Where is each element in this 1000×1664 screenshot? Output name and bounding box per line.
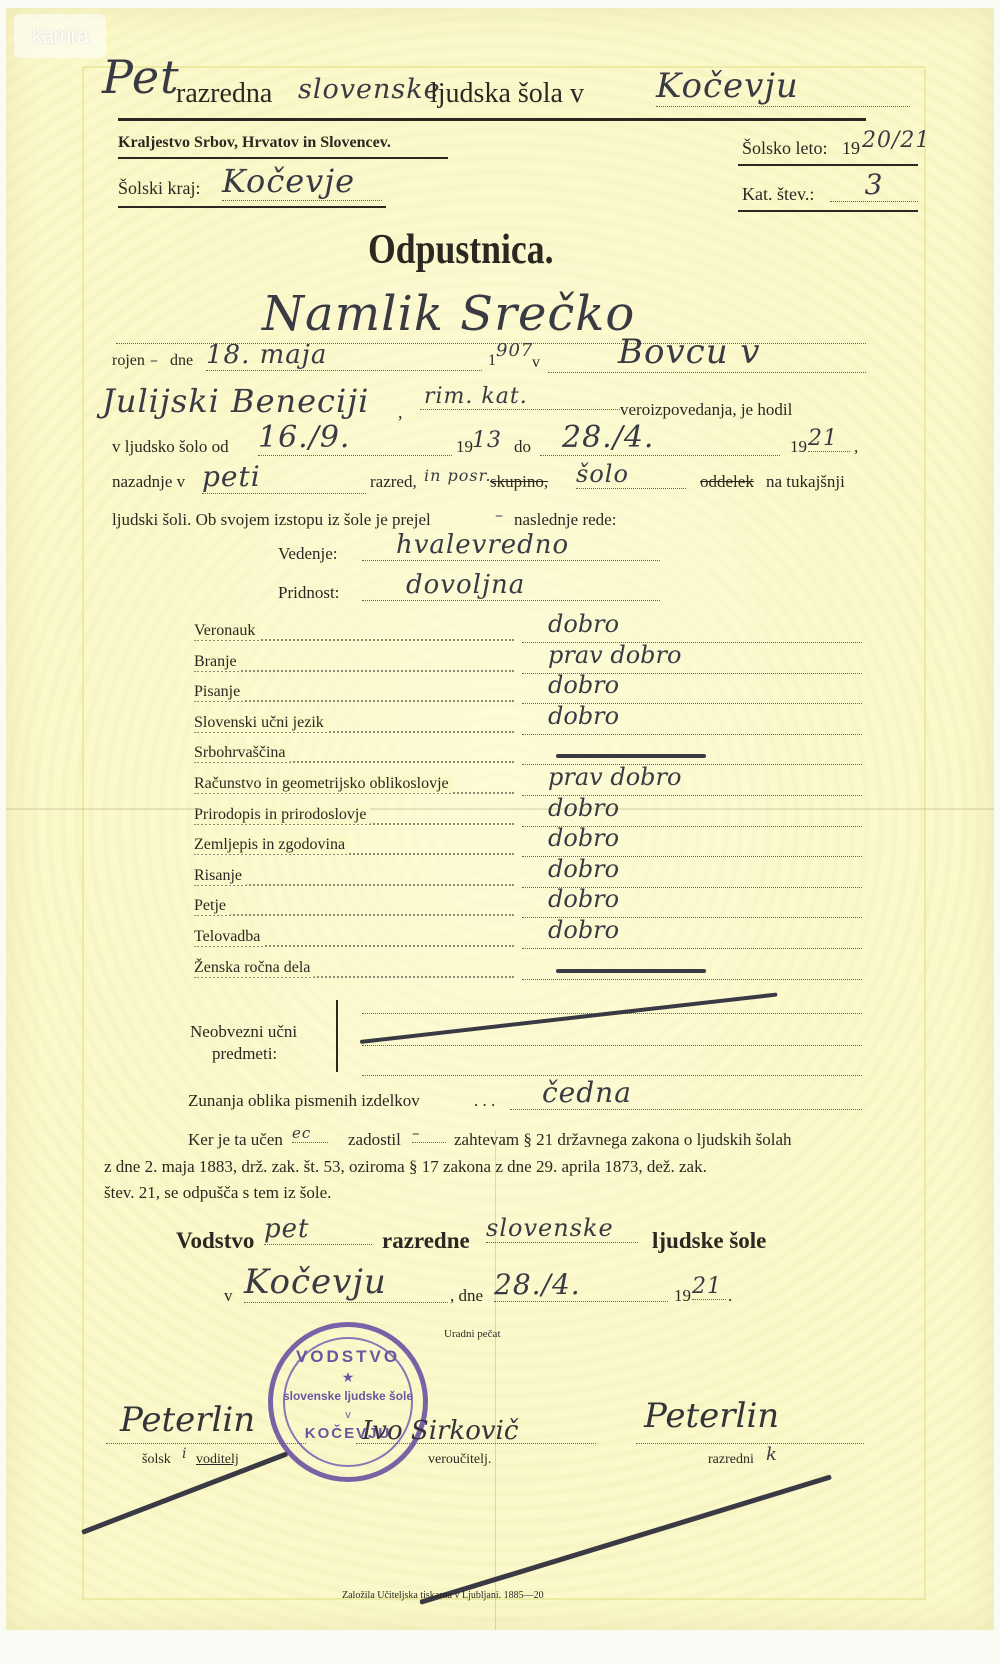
subject-label: Veronauk: [194, 622, 259, 640]
subject-grade-handwritten: dobro: [548, 885, 619, 913]
birth-v-label: v: [532, 354, 540, 372]
printer-imprint: Založila Učiteljska tiskarna v Ljubljani…: [342, 1590, 544, 1601]
school-from-year-handwritten: 13: [472, 428, 502, 453]
subject-grade-handwritten: [556, 969, 706, 973]
footer-language-hand: slovenske: [486, 1214, 638, 1243]
catalog-label: Kat. štev.:: [742, 184, 814, 205]
legal-text-a: Ker je ta učen: [188, 1130, 283, 1150]
dot-leader: [194, 913, 514, 916]
star-icon: ★: [273, 1369, 423, 1386]
subject-label: Pisanje: [194, 683, 244, 701]
diligence-value-handwritten: dovoljna: [362, 570, 660, 601]
legal-hand-1: ec: [292, 1124, 328, 1143]
footer-date-hand: 28./4.: [494, 1268, 668, 1302]
subject-grade-handwritten: prav dobro: [548, 763, 681, 791]
school-type-printed: razredna: [176, 78, 272, 110]
oddelek-label-struck: oddelek: [700, 472, 754, 492]
legal-hand-2: –: [412, 1124, 446, 1143]
grades-intro-label: ljudski šoli. Ob svojem izstopu iz šole …: [112, 510, 431, 530]
do-label: do: [514, 437, 531, 457]
ljudske-label: ljudske šole: [652, 1228, 766, 1254]
born-label: rojen: [112, 352, 145, 370]
official-stamp: VODSTVO ★ slovenske ljudske šole v KOČEV…: [268, 1322, 428, 1482]
subject-grade-handwritten: [556, 754, 706, 758]
school-year-underline: [738, 164, 918, 166]
signature-line: [636, 1442, 864, 1444]
signature-class-teacher: Peterlin: [644, 1396, 779, 1436]
school-type-handwritten: Pet: [102, 50, 180, 104]
last-class-label: nazadnje v: [112, 472, 185, 492]
dne-label: dne: [170, 352, 193, 370]
subject-grade-handwritten: prav dobro: [548, 641, 681, 669]
school-from-label: v ljudsko šolo od: [112, 437, 229, 457]
appearance-label: Zunanja oblika pismenih izdelkov: [188, 1091, 420, 1111]
born-suffix-handwritten: –: [150, 350, 159, 369]
group-handwritten: in posr.: [424, 466, 492, 485]
subject-label: Slovenski učni jezik: [194, 714, 328, 732]
leadership-label: Vodstvo: [176, 1228, 254, 1254]
school-year-handwritten: 20/21: [862, 128, 930, 153]
subject-label: Računstvo in geometrijsko oblikoslovje: [194, 775, 453, 793]
local-label: na tukajšnji: [766, 472, 845, 492]
appearance-value-handwritten: čedna: [510, 1076, 862, 1110]
district-label: Šolski kraj:: [118, 178, 201, 199]
header-rule: [118, 118, 866, 121]
birth-date-handwritten: 18. maja: [206, 340, 482, 371]
subject-label: Branje: [194, 653, 241, 671]
headmaster-role-label: šolsk: [142, 1452, 171, 1468]
optional-bracket: [336, 1000, 338, 1072]
birth-place-handwritten: Bovcu v: [548, 332, 866, 373]
legal-text-line-3: štev. 21, se odpušča s tem iz šole.: [104, 1183, 331, 1203]
legal-text-b: zadostil: [348, 1130, 401, 1150]
school-from-year-prefix: 19: [456, 437, 473, 457]
subject-grade-handwritten: dobro: [548, 855, 619, 883]
grade-line: [522, 734, 862, 735]
kamra-watermark-logo: kamra: [14, 14, 106, 58]
signature-line: [106, 1442, 306, 1444]
grades-intro-end: naslednje rede:: [514, 510, 616, 530]
subject-label: Ženska ročna dela: [194, 959, 314, 977]
subject-label: Srbohrvaščina: [194, 744, 290, 762]
school-place-handwritten: Kočevju: [656, 66, 910, 107]
leadership-hand: pet: [264, 1214, 372, 1245]
optional-subjects-label-2: predmeti:: [212, 1044, 277, 1064]
subject-label: Zemljepis in zgodovina: [194, 836, 349, 854]
birth-year-prefix: 1: [488, 352, 496, 370]
district-underline: [118, 206, 386, 208]
school-from-handwritten: 16./9.: [258, 420, 452, 456]
legal-text-line-2: z dne 2. maja 1883, drž. zak. št. 53, oz…: [104, 1157, 707, 1177]
religion-handwritten: rim. kat.: [420, 384, 620, 410]
subject-grade-handwritten: dobro: [548, 794, 619, 822]
footer-v-label: v: [224, 1286, 233, 1306]
subject-label: Risanje: [194, 867, 246, 885]
skupino-label-struck: skupino,: [490, 472, 548, 492]
official-seal-label: Uradni pečat: [444, 1328, 501, 1340]
class-teacher-role-label: razredni: [708, 1452, 754, 1468]
school-to-year-handwritten: 21: [808, 426, 850, 452]
religion-label: veroizpovedanja, je hodil: [620, 400, 792, 420]
subject-grade-handwritten: dobro: [548, 916, 619, 944]
fold-line: [495, 1130, 496, 1630]
school-year-prefix: 19: [842, 138, 860, 159]
grades-intro-handwritten: –: [495, 505, 504, 524]
footer-place-hand: Kočevju: [244, 1262, 448, 1303]
document-title: Odpustnica.: [368, 226, 554, 274]
school-printed: ljudska šola v: [430, 78, 584, 110]
grade-line: [522, 979, 862, 980]
catalog-number-handwritten: 3: [830, 168, 918, 202]
subject-grade-handwritten: dobro: [548, 610, 619, 638]
legal-text-c: zahtevam § 21 državnega zakona o ljudski…: [454, 1130, 792, 1150]
dot-leader: [194, 669, 514, 672]
school-handwritten: šolo: [576, 460, 686, 489]
conduct-label: Vedenje:: [278, 544, 337, 564]
subject-grade-handwritten: dobro: [548, 824, 619, 852]
footer-dne-label: , dne: [450, 1286, 483, 1306]
razredne-label: razredne: [382, 1228, 470, 1254]
grade-line: [522, 948, 862, 949]
footer-year-prefix: 19: [674, 1286, 691, 1306]
conduct-value-handwritten: hvalevredno: [362, 530, 660, 561]
subject-grade-handwritten: dobro: [548, 702, 619, 730]
signature-line: [356, 1442, 596, 1444]
signature-headmaster: Peterlin: [120, 1400, 255, 1440]
school-year-label: Šolsko leto:: [742, 138, 828, 159]
subject-label: Petje: [194, 897, 230, 915]
school-to-year-prefix: 19: [790, 437, 807, 457]
kingdom-underline: [118, 157, 448, 159]
subject-grade-handwritten: dobro: [548, 671, 619, 699]
school-to-handwritten: 28./4.: [540, 420, 780, 456]
fold-line: [6, 808, 994, 810]
subject-label: Telovadba: [194, 928, 264, 946]
optional-line-2: [362, 1044, 862, 1046]
district-handwritten: Kočevje: [222, 162, 382, 201]
razred-label: razred,: [370, 472, 417, 492]
diligence-label: Pridnost:: [278, 583, 339, 603]
catalog-underline: [738, 210, 918, 212]
footer-year-hand: 21: [692, 1274, 726, 1300]
religion-teacher-role-label: veroučitelj.: [428, 1452, 491, 1468]
birth-year-handwritten: 907: [496, 340, 533, 361]
school-language-handwritten: slovenske: [298, 74, 424, 105]
last-class-handwritten: peti: [202, 460, 366, 494]
birth-region-handwritten: Julijski Beneciji: [102, 382, 369, 420]
optional-subjects-label-1: Neobvezni učni: [190, 1022, 297, 1042]
subject-label: Prirodopis in prirodoslovje: [194, 806, 370, 824]
kingdom-label: Kraljestvo Srbov, Hrvatov in Slovencev.: [118, 134, 391, 152]
